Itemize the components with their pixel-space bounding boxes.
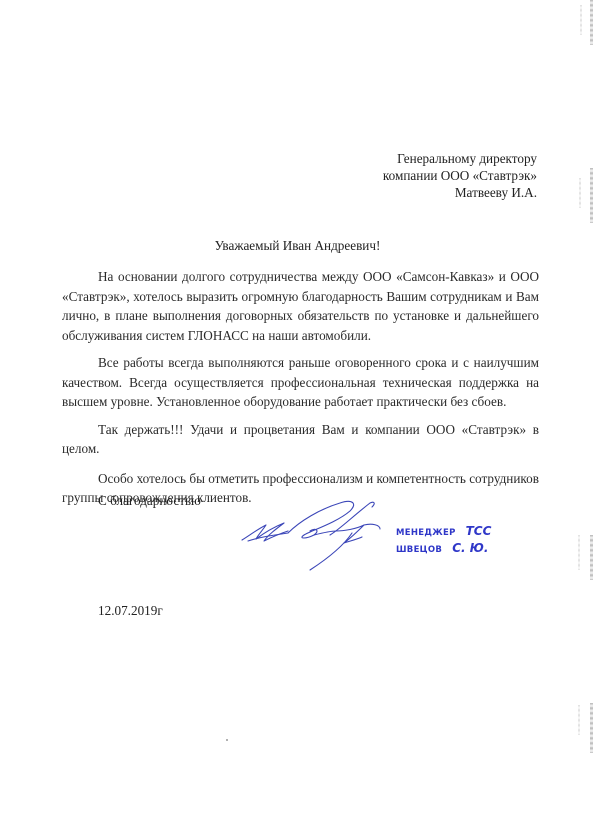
letter-page: Генеральному директору компании ООО «Ста… bbox=[0, 0, 595, 818]
paragraph: На основании долгого сотрудничества межд… bbox=[62, 267, 539, 345]
addressee-line: Генеральному директору bbox=[383, 150, 537, 167]
company-stamp: МЕНЕДЖЕР ТСС ШВЕЦОВ С. Ю. bbox=[396, 524, 491, 558]
scan-edge-artifact bbox=[579, 178, 581, 208]
addressee-block: Генеральному директору компании ООО «Ста… bbox=[383, 150, 537, 201]
scan-edge-artifact bbox=[580, 5, 582, 35]
paragraph: Так держать!!! Удачи и процветания Вам и… bbox=[62, 420, 539, 459]
stamp-text: ШВЕЦОВ bbox=[396, 543, 442, 559]
scan-edge-artifact bbox=[590, 703, 593, 753]
addressee-line: Матвееву И.А. bbox=[383, 184, 537, 201]
stamp-row: ШВЕЦОВ С. Ю. bbox=[396, 541, 491, 558]
stamp-text: ТСС bbox=[466, 524, 492, 539]
scan-edge-artifact bbox=[590, 535, 593, 580]
addressee-line: компании ООО «Ставтрэк» bbox=[383, 167, 537, 184]
scan-edge-artifact bbox=[590, 0, 593, 45]
letter-body: На основании долгого сотрудничества межд… bbox=[62, 267, 539, 516]
closing-phrase: С благодарностью bbox=[62, 493, 201, 509]
letter-date: 12.07.2019г bbox=[98, 603, 163, 619]
scan-speck bbox=[226, 739, 228, 741]
stamp-text: С. Ю. bbox=[452, 541, 488, 556]
scan-edge-artifact bbox=[578, 535, 580, 570]
stamp-text: МЕНЕДЖЕР bbox=[396, 526, 456, 542]
scan-edge-artifact bbox=[590, 168, 593, 223]
stamp-row: МЕНЕДЖЕР ТСС bbox=[396, 524, 491, 541]
salutation: Уважаемый Иван Андреевич! bbox=[0, 238, 595, 254]
scan-edge-artifact bbox=[578, 705, 580, 735]
handwritten-signature bbox=[240, 495, 385, 575]
paragraph: Все работы всегда выполняются раньше ого… bbox=[62, 353, 539, 412]
